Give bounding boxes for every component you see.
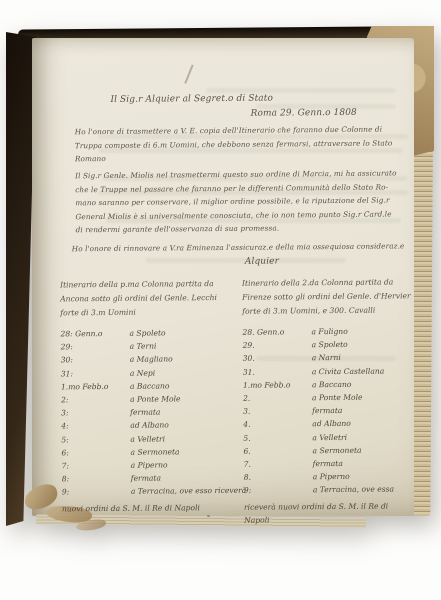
itinerary-date: 4. [243, 420, 312, 430]
itinerary-row: 9:a Terracina, ove essa [244, 484, 430, 499]
itinerary-footer: riceverà nuovi ordini da S. M. il Re di … [244, 500, 396, 527]
dust-speck [207, 515, 210, 517]
itinerary-place: a Terni [130, 342, 157, 351]
itinerary-place: ad Albano [130, 421, 169, 430]
itinerary-place: a Velletri [130, 434, 165, 443]
itinerary-header-line: forte di 3.m Uomini, e 300. Cavalli [242, 303, 428, 319]
itinerary-date: 4: [61, 421, 130, 431]
itinerary-place: a Baccano [312, 380, 352, 389]
itinerary-place: a Ponte Mole [130, 394, 181, 403]
itinerary-place: a Ponte Mole [312, 393, 363, 402]
itinerary-date: 7. [244, 459, 313, 469]
itinerary-date: 5. [243, 433, 312, 443]
itinerary-place: a Nepi [130, 368, 155, 377]
itinerary-date: 28: Genn.o [60, 329, 129, 339]
itinerary-date: 31: [61, 368, 130, 378]
handwritten-text-layer: Il Sig.r Alquier al Segret.o di Stato Ro… [4, 24, 436, 534]
itinerary-place: fermata [312, 406, 342, 415]
letter-paragraph-2: Il Sig.r Genle. Miolis nel trasmettermi … [75, 166, 397, 237]
itinerary-row: 9:a Terracina, ove esso riceverà [62, 486, 244, 501]
itinerary-date: 29: [61, 342, 130, 352]
itinerary-place: a Fuligno [311, 327, 347, 336]
itinerary-date: 9: [62, 487, 131, 497]
itinerary-place: a Spoleto [312, 340, 348, 349]
itinerary-list: 28. Genn.oa Fuligno29.a Spoleto30.a Narn… [242, 326, 429, 499]
itinerary-header: Itinerario della 2.da Colonna partita da… [242, 275, 428, 319]
itinerary-date: 31. [243, 367, 312, 377]
itinerary-date: 6: [61, 447, 130, 457]
paragraph-line: di rendermi garante dell'osservanza di s… [76, 221, 398, 237]
itinerary-date: 28. Genn.o [242, 327, 311, 337]
book-photo: Il Sig.r Alquier al Segret.o di Stato Ro… [6, 26, 434, 532]
itinerary-date: 3. [243, 406, 312, 416]
itinerary-place: a Piperno [131, 460, 168, 469]
itinerary-date: 30: [61, 355, 130, 365]
itinerary-place: fermata [130, 408, 160, 417]
itinerary-list: 28: Genn.oa Spoleto29:a Terni30:a Maglia… [60, 328, 243, 501]
itinerary-place: a Spoleto [129, 328, 165, 337]
itinerary-date: 29. [243, 340, 312, 350]
itinerary-date: 8: [62, 474, 131, 484]
itinerary-place: a Piperno [313, 472, 350, 481]
itinerary-date: 3: [61, 408, 130, 418]
itinerary-date: 1.mo Febb.o [61, 382, 130, 392]
itinerary-header-line: forte di 3.m Uomini [60, 305, 242, 321]
itinerary-header: Itinerario della p.ma Colonna partita da… [60, 277, 242, 321]
letter-heading: Il Sig.r Alquier al Segret.o di Stato [110, 94, 273, 105]
photo-scene: Il Sig.r Alquier al Segret.o di Stato Ro… [0, 0, 441, 600]
itinerary-date: 7: [62, 461, 131, 471]
itinerary-date: 2: [61, 395, 130, 405]
itinerary-column-first: Itinerario della p.ma Colonna partita da… [60, 277, 244, 516]
itinerary-date: 1.mo Febb.o [243, 380, 312, 390]
paragraph-line: Romano [75, 150, 393, 166]
itinerary-place: ad Albano [312, 419, 351, 428]
itinerary-date: 6. [243, 446, 312, 456]
itinerary-place: a Sermoneta [312, 445, 361, 454]
itinerary-place: a Terracina, ove esso riceverà [131, 486, 246, 496]
letter-closing: Ho l'onore di rinnovare a V.ra Eminenza … [72, 241, 405, 253]
itinerary-place: a Civita Castellana [312, 366, 385, 376]
itinerary-column-second: Itinerario della 2.da Colonna partita da… [242, 275, 430, 527]
letter-dateline: Roma 29. Genn.o 1808 [251, 108, 357, 119]
itinerary-date: 8. [244, 472, 313, 482]
itinerary-place: a Terracina, ove essa [313, 485, 394, 495]
itinerary-place: a Sermoneta [130, 447, 179, 456]
itinerary-place: a Magliano [130, 355, 173, 364]
itinerary-footer: nuovi ordini da S. M. il Re di Napoli [62, 501, 244, 516]
itinerary-place: a Narni [312, 353, 341, 362]
itinerary-date: 2. [243, 393, 312, 403]
itinerary-date: 9: [244, 485, 313, 495]
itinerary-place: a Velletri [312, 432, 347, 441]
letter-paragraph-1: Ho l'onore di trasmettere a V. E. copia … [75, 122, 393, 166]
itinerary-date: 5: [61, 434, 130, 444]
itinerary-header-line: Firenze sotto gli ordini del Genle. d'He… [242, 289, 428, 305]
itinerary-place: fermata [313, 459, 343, 468]
letter-signature: Alquier [245, 256, 279, 266]
itinerary-place: a Baccano [130, 381, 170, 390]
itinerary-date: 30. [243, 354, 312, 364]
itinerary-place: fermata [131, 474, 161, 483]
itinerary-header-line: Ancona sotto gli ordini del Genle. Lecch… [60, 291, 242, 307]
